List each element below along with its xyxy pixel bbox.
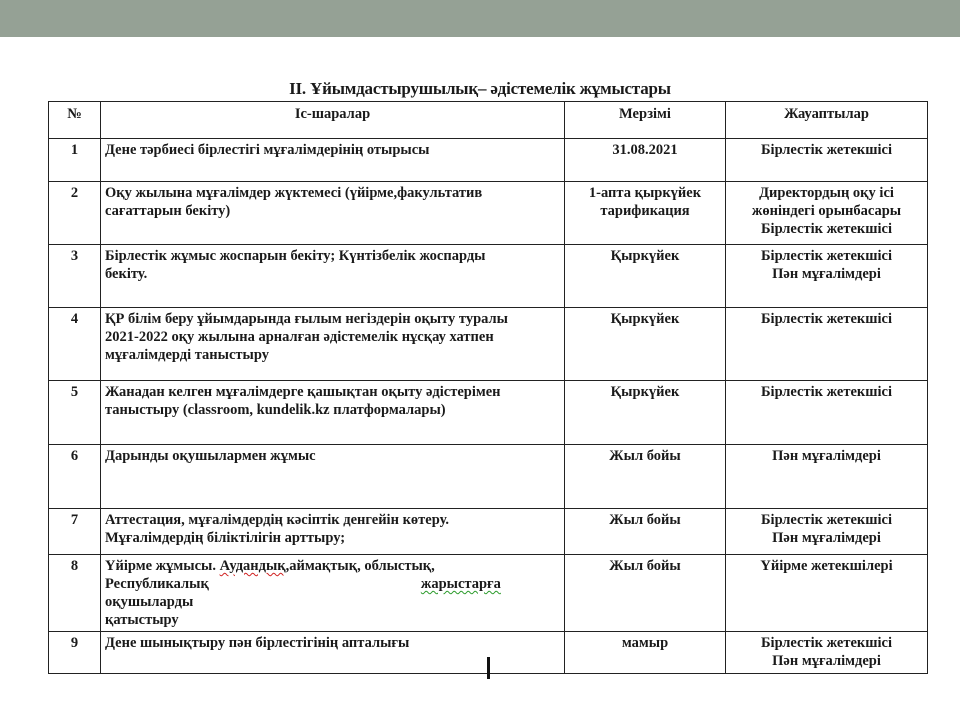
table-header-row: № Іс-шаралар Мерзімі Жауаптылар: [49, 102, 928, 139]
deadline-cell: Қыркүйек: [565, 381, 726, 445]
activity-cell: Дене шынықтыру пән бірлестігінің апталығ…: [101, 632, 565, 674]
header-deadline: Мерзімі: [565, 102, 726, 139]
responsible-cell: Бірлестік жетекшісі: [726, 139, 928, 182]
responsible-cell: Бірлестік жетекшісі: [726, 308, 928, 381]
header-number: №: [49, 102, 101, 139]
deadline-cell: Жыл бойы: [565, 509, 726, 555]
table-row: 3 Бірлестік жұмыс жоспарын бекіту; Күнті…: [49, 245, 928, 308]
activity-cell: ҚР білім беру ұйымдарында ғылым негіздер…: [101, 308, 565, 381]
activity-cell: Бірлестік жұмыс жоспарын бекіту; Күнтізб…: [101, 245, 565, 308]
responsible-cell: Пән мұғалімдері: [726, 445, 928, 509]
work-plan-table: № Іс-шаралар Мерзімі Жауаптылар 1 Дене т…: [48, 101, 928, 674]
table-row: 2 Оқу жылына мұғалімдер жүктемесі (үйірм…: [49, 182, 928, 245]
responsible-cell: Бірлестік жетекшісі Пән мұғалімдері: [726, 632, 928, 674]
spellcheck-underline: Аудандық: [220, 558, 286, 574]
row-number: 8: [49, 555, 101, 632]
responsible-cell: Үйірме жетекшілері: [726, 555, 928, 632]
deadline-cell: Жыл бойы: [565, 445, 726, 509]
header-activities: Іс-шаралар: [101, 102, 565, 139]
responsible-cell: Бірлестік жетекшісі Пән мұғалімдері: [726, 509, 928, 555]
text-cursor-mark: [487, 657, 490, 679]
responsible-cell: Бірлестік жетекшісі: [726, 381, 928, 445]
deadline-cell: 31.08.2021: [565, 139, 726, 182]
row-number: 7: [49, 509, 101, 555]
activity-cell: Аттестация, мұғалімдердің кәсіптік денге…: [101, 509, 565, 555]
row-number: 2: [49, 182, 101, 245]
activity-cell: Дарынды оқушылармен жұмыс: [101, 445, 565, 509]
grammar-underline: жарыстарға: [421, 576, 501, 592]
table-row: 6 Дарынды оқушылармен жұмыс Жыл бойы Пән…: [49, 445, 928, 509]
table-row: 8 Үйірме жұмысы. Аудандық,аймақтық, облы…: [49, 555, 928, 632]
table-row: 7 Аттестация, мұғалімдердің кәсіптік ден…: [49, 509, 928, 555]
row-number: 3: [49, 245, 101, 308]
activity-cell: Оқу жылына мұғалімдер жүктемесі (үйірме,…: [101, 182, 565, 245]
table-row: 1 Дене тәрбиесі бірлестігі мұғалімдеріні…: [49, 139, 928, 182]
row-number: 5: [49, 381, 101, 445]
responsible-cell: Директордың оқу ісі жөніндегі орынбасары…: [726, 182, 928, 245]
activity-cell: Үйірме жұмысы. Аудандық,аймақтық, облыст…: [101, 555, 565, 632]
deadline-cell: 1-апта қыркүйек тарификация: [565, 182, 726, 245]
table-row: 4 ҚР білім беру ұйымдарында ғылым негізд…: [49, 308, 928, 381]
responsible-cell: Бірлестік жетекшісі Пән мұғалімдері: [726, 245, 928, 308]
row-number: 4: [49, 308, 101, 381]
deadline-cell: мамыр: [565, 632, 726, 674]
header-responsible: Жауаптылар: [726, 102, 928, 139]
deadline-cell: Жыл бойы: [565, 555, 726, 632]
activity-cell: Жанадан келген мұғалімдерге қашықтан оқы…: [101, 381, 565, 445]
document-title: II. Ұйымдастырушылық– әдістемелік жұмыст…: [0, 79, 960, 99]
slide-top-band: [0, 0, 960, 37]
row-number: 6: [49, 445, 101, 509]
row-number: 1: [49, 139, 101, 182]
row-number: 9: [49, 632, 101, 674]
activity-cell: Дене тәрбиесі бірлестігі мұғалімдерінің …: [101, 139, 565, 182]
deadline-cell: Қыркүйек: [565, 245, 726, 308]
deadline-cell: Қыркүйек: [565, 308, 726, 381]
table-row: 5 Жанадан келген мұғалімдерге қашықтан о…: [49, 381, 928, 445]
